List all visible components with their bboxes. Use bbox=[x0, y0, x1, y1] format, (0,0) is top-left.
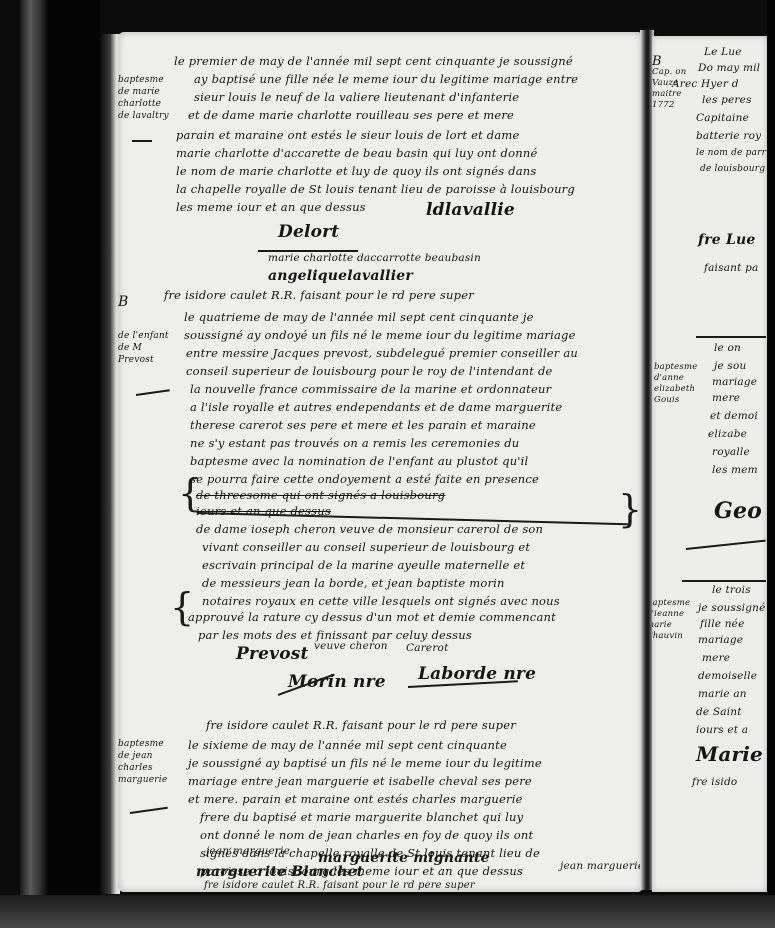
margin-dash bbox=[132, 140, 152, 142]
margin-line: de l'enfant bbox=[118, 330, 180, 342]
right-line: le nom de parr bbox=[696, 148, 766, 158]
entry-1-line: le premier de may de l'année mil sept ce… bbox=[174, 54, 573, 68]
signature-delort: Delort bbox=[278, 222, 339, 242]
right-line: fille née bbox=[700, 618, 745, 630]
signature-veuve-cheron: veuve cheron bbox=[314, 640, 388, 652]
entry-2-line: entre messire Jacques prevost, subdelegu… bbox=[186, 346, 578, 360]
register-page-left: baptesme de marie charlotte de lavaltry … bbox=[118, 32, 642, 892]
right-line: iours et a bbox=[696, 724, 748, 736]
entry-2-line: notaires royaux en cette ville lesquels … bbox=[202, 594, 560, 608]
right-line: mere bbox=[712, 392, 740, 404]
entry-3-line: le sixieme de may de l'année mil sept ce… bbox=[188, 738, 507, 752]
right-line: les mem bbox=[712, 464, 758, 476]
entry-3-line: je soussigné ay baptisé un fils né le me… bbox=[188, 756, 542, 770]
entry-3-line: et mere. parain et maraine ont estés cha… bbox=[188, 792, 523, 806]
right-line: le on bbox=[714, 342, 741, 354]
signature-carerot: Carerot bbox=[406, 642, 449, 654]
margin-line: d'anne bbox=[654, 373, 704, 384]
entry-2-line: de messieurs jean la borde, et jean bapt… bbox=[202, 576, 505, 590]
right-line: je sou bbox=[714, 360, 746, 372]
margin-line: Baptesme bbox=[652, 598, 696, 609]
signature-lavallie: ldlavallie bbox=[426, 200, 515, 220]
entry-1-line: ay baptisé une fille née le meme iour du… bbox=[132, 72, 578, 86]
entry-1-line: marie charlotte d'accarette de beau basi… bbox=[176, 146, 537, 160]
entry-divider bbox=[696, 336, 766, 338]
right-margin-note-bottom: Baptesme d'ieanne marie Chauvin bbox=[652, 598, 696, 642]
signature-marguerite-blanchet: marguerite Blanchet bbox=[196, 864, 363, 880]
signature-laborde: Laborde nre bbox=[418, 664, 536, 684]
right-line: Capitaine bbox=[696, 112, 749, 124]
entry-1-line: et de dame marie charlotte rouilleau ses… bbox=[188, 108, 514, 122]
right-line: elizabe bbox=[708, 428, 747, 440]
margin-line: elizabeth bbox=[654, 384, 704, 395]
margin-line: 1772 bbox=[652, 100, 702, 111]
right-line: je soussigné bbox=[698, 602, 766, 614]
signature-prevost: Prevost bbox=[236, 644, 309, 664]
right-officiant-bottom: fre isido bbox=[692, 776, 737, 788]
right-line: le trois bbox=[712, 584, 751, 596]
right-line: de louisbourg bbox=[700, 164, 765, 174]
margin-line: de lavaltry bbox=[118, 110, 180, 122]
margin-line: de jean bbox=[118, 750, 180, 762]
margin-line: charles bbox=[118, 762, 180, 774]
scanner-edge-left bbox=[20, 0, 46, 928]
right-officiant-top: fre Lue bbox=[698, 232, 756, 248]
entry-2-line: a l'isle royalle et autres endependants … bbox=[190, 400, 562, 414]
entry-3-line: ont donné le nom de jean charles en foy … bbox=[200, 828, 533, 842]
entry-2-line: de dame ioseph cheron veuve de monsieur … bbox=[196, 522, 543, 536]
officiant-entry-3: fre isidore caulet R.R. faisant pour le … bbox=[204, 880, 475, 891]
entry-2-line: soussigné ay ondoyé un fils né le meme i… bbox=[184, 328, 576, 342]
entry-2-line: ne s'y estant pas trouvés on a remis les… bbox=[190, 436, 519, 450]
margin-note-entry-3: baptesme de jean charles marguerie bbox=[118, 738, 180, 786]
entry-1-line: la chapelle royalle de St louis tenant l… bbox=[176, 182, 575, 196]
entry-2-line: le quatrieme de may de l'année mil sept … bbox=[184, 310, 534, 324]
right-line: Do may mil bbox=[698, 62, 760, 74]
right-officiant-top-2: faisant pa bbox=[704, 262, 758, 274]
margin-line: Chauvin bbox=[652, 631, 696, 642]
right-line: demoiselle bbox=[698, 670, 757, 682]
margin-line: d'ieanne bbox=[652, 609, 696, 620]
officiant-header-entry-3: fre isidore caulet R.R. faisant pour le … bbox=[206, 718, 516, 732]
brace-right: } bbox=[618, 490, 642, 528]
entry-1-line: sieur louis le neuf de la valiere lieute… bbox=[194, 90, 519, 104]
scanner-edge-right bbox=[767, 0, 775, 928]
entry-2-line: escrivain principal de la marine ayeulle… bbox=[202, 558, 525, 572]
entry-2-line: baptesme avec la nomination de l'enfant … bbox=[190, 454, 528, 468]
margin-note-entry-2: de l'enfant de M Prevost bbox=[118, 330, 180, 366]
right-line: Arec Hyer d bbox=[672, 78, 739, 90]
margin-line: de marie bbox=[118, 86, 180, 98]
right-line: mere bbox=[702, 652, 730, 664]
margin-line: marguerie bbox=[118, 774, 180, 786]
margin-line: de M Prevost bbox=[118, 342, 180, 366]
entry-2-line: approuvé la rature cy dessus d'un mot et… bbox=[188, 610, 556, 624]
right-line: mariage bbox=[712, 376, 757, 388]
entry-1-line: les meme iour et an que dessus bbox=[176, 200, 366, 214]
entry-1-line: le nom de marie charlotte et luy de quoy… bbox=[176, 164, 537, 178]
right-line: royalle bbox=[712, 446, 750, 458]
signature-jean-marguerie: jean marguerie bbox=[206, 845, 290, 857]
entry-divider bbox=[682, 580, 766, 582]
signature-morin: Morin nre bbox=[288, 672, 386, 692]
entry-2-line: conseil superieur de louisbourg pour le … bbox=[186, 364, 553, 378]
margin-line: B bbox=[652, 56, 702, 67]
entry-1-line: parain et maraine ont estés le sieur lou… bbox=[176, 128, 520, 142]
scanner-shadow bbox=[48, 0, 100, 928]
margin-line: charlotte bbox=[118, 98, 180, 110]
entry-2-line: therese carerot ses pere et mere et les … bbox=[190, 418, 536, 432]
signature-angelique-lavallier: angeliquelavallier bbox=[268, 268, 413, 284]
entry-2-line: vivant conseiller au conseil superieur d… bbox=[202, 540, 530, 554]
right-signature-mid: Geo bbox=[714, 498, 762, 524]
margin-dash bbox=[136, 389, 170, 395]
margin-line: baptesme bbox=[118, 738, 180, 750]
right-margin-note-mid: baptesme d'anne elizabeth Gouis bbox=[654, 362, 704, 406]
right-line: Le Lue bbox=[704, 46, 742, 58]
right-line: les peres bbox=[702, 94, 752, 106]
right-line: de Saint bbox=[696, 706, 742, 718]
scanner-bed bbox=[0, 895, 775, 928]
margin-line: Cap. on bbox=[652, 67, 702, 78]
entry-3-line: mariage entre jean marguerie et isabelle… bbox=[188, 774, 532, 788]
register-page-right: B Cap. on Vauze maitre 1772 Le Lue Do ma… bbox=[652, 36, 767, 892]
signature-daccarrotte: marie charlotte daccarrotte beaubasin bbox=[268, 252, 481, 264]
entry-2-line: la nouvelle france commissaire de la mar… bbox=[190, 382, 551, 396]
entry-2-line: se pourra faire cette ondoyement a esté … bbox=[190, 472, 539, 486]
margin-dash bbox=[130, 807, 168, 814]
right-line: batterie roy bbox=[696, 130, 761, 142]
right-line: mariage bbox=[698, 634, 743, 646]
right-signature-bottom: Marie bbox=[696, 742, 763, 766]
margin-line: baptesme bbox=[654, 362, 704, 373]
signature-jean-marguerie-2: jean marguerie bbox=[560, 860, 644, 872]
right-line: marie an bbox=[698, 688, 747, 700]
margin-line: marie bbox=[652, 620, 696, 631]
margin-b-mark: B bbox=[118, 296, 180, 308]
officiant-entry-1: fre isidore caulet R.R. faisant pour le … bbox=[164, 288, 474, 302]
entry-3-line: frere du baptisé et marie marguerite bla… bbox=[200, 810, 523, 824]
book-binding bbox=[100, 34, 120, 894]
signature-flourish bbox=[686, 540, 766, 550]
struck-line: de threesome qui ont signés a louisbourg bbox=[196, 488, 445, 502]
right-line: et demoi bbox=[710, 410, 758, 422]
margin-line: Gouis bbox=[654, 395, 704, 406]
